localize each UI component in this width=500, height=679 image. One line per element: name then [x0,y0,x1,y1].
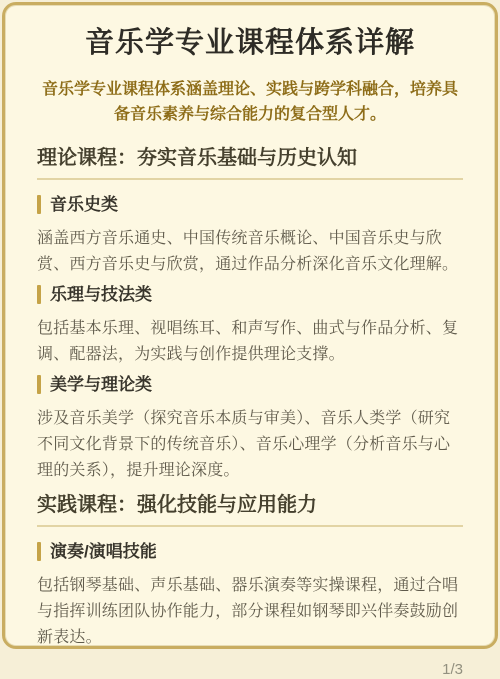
infographic-card: 音乐学专业课程体系详解 音乐学专业课程体系涵盖理论、实践与跨学科融合，培养具备音… [2,2,498,649]
course-category-description: 涉及音乐美学（探究音乐本质与审美）、音乐人类学（研究不同文化背景下的传统音乐）、… [37,406,463,484]
page-title: 音乐学专业课程体系详解 [37,25,463,61]
course-category-description: 包括钢琴基础、声乐基础、器乐演奏等实操课程，通过合唱与指挥训练团队协作能力，部分… [37,573,463,651]
course-category-label: 美学与理论类 [50,374,152,395]
course-category-performance-skills: 演奏/演唱技能 包括钢琴基础、声乐基础、器乐演奏等实操课程，通过合唱与指挥训练团… [37,541,463,651]
accent-bar-icon [37,542,41,561]
course-category-title: 乐理与技法类 [37,284,463,305]
page-subtitle: 音乐学专业课程体系涵盖理论、实践与跨学科融合，培养具备音乐素养与综合能力的复合型… [37,77,463,127]
course-category-description: 包括基本乐理、视唱练耳、和声写作、曲式与作品分析、复调、配器法，为实践与创作提供… [37,316,463,368]
section-divider [37,178,463,180]
course-category-title: 美学与理论类 [37,374,463,395]
course-category-music-history: 音乐史类 涵盖西方音乐通史、中国传统音乐概论、中国音乐史与欣赏、西方音乐史与欣赏… [37,194,463,278]
section-heading-practice: 实践课程：强化技能与应用能力 [37,494,463,517]
course-category-description: 涵盖西方音乐通史、中国传统音乐概论、中国音乐史与欣赏、西方音乐史与欣赏，通过作品… [37,226,463,278]
course-category-label: 音乐史类 [50,194,118,215]
accent-bar-icon [37,195,41,214]
course-category-label: 乐理与技法类 [50,284,152,305]
course-category-label: 演奏/演唱技能 [50,541,157,562]
course-category-title: 音乐史类 [37,194,463,215]
course-category-theory-technique: 乐理与技法类 包括基本乐理、视唱练耳、和声写作、曲式与作品分析、复调、配器法，为… [37,284,463,368]
course-category-title: 演奏/演唱技能 [37,541,463,562]
section-heading-theory: 理论课程：夯实音乐基础与历史认知 [37,147,463,170]
course-category-aesthetics-theory: 美学与理论类 涉及音乐美学（探究音乐本质与审美）、音乐人类学（研究不同文化背景下… [37,374,463,484]
section-divider [37,525,463,527]
section-practice-courses: 实践课程：强化技能与应用能力 演奏/演唱技能 包括钢琴基础、声乐基础、器乐演奏等… [37,494,463,651]
accent-bar-icon [37,285,41,304]
section-theory-courses: 理论课程：夯实音乐基础与历史认知 音乐史类 涵盖西方音乐通史、中国传统音乐概论、… [37,147,463,484]
accent-bar-icon [37,375,41,394]
